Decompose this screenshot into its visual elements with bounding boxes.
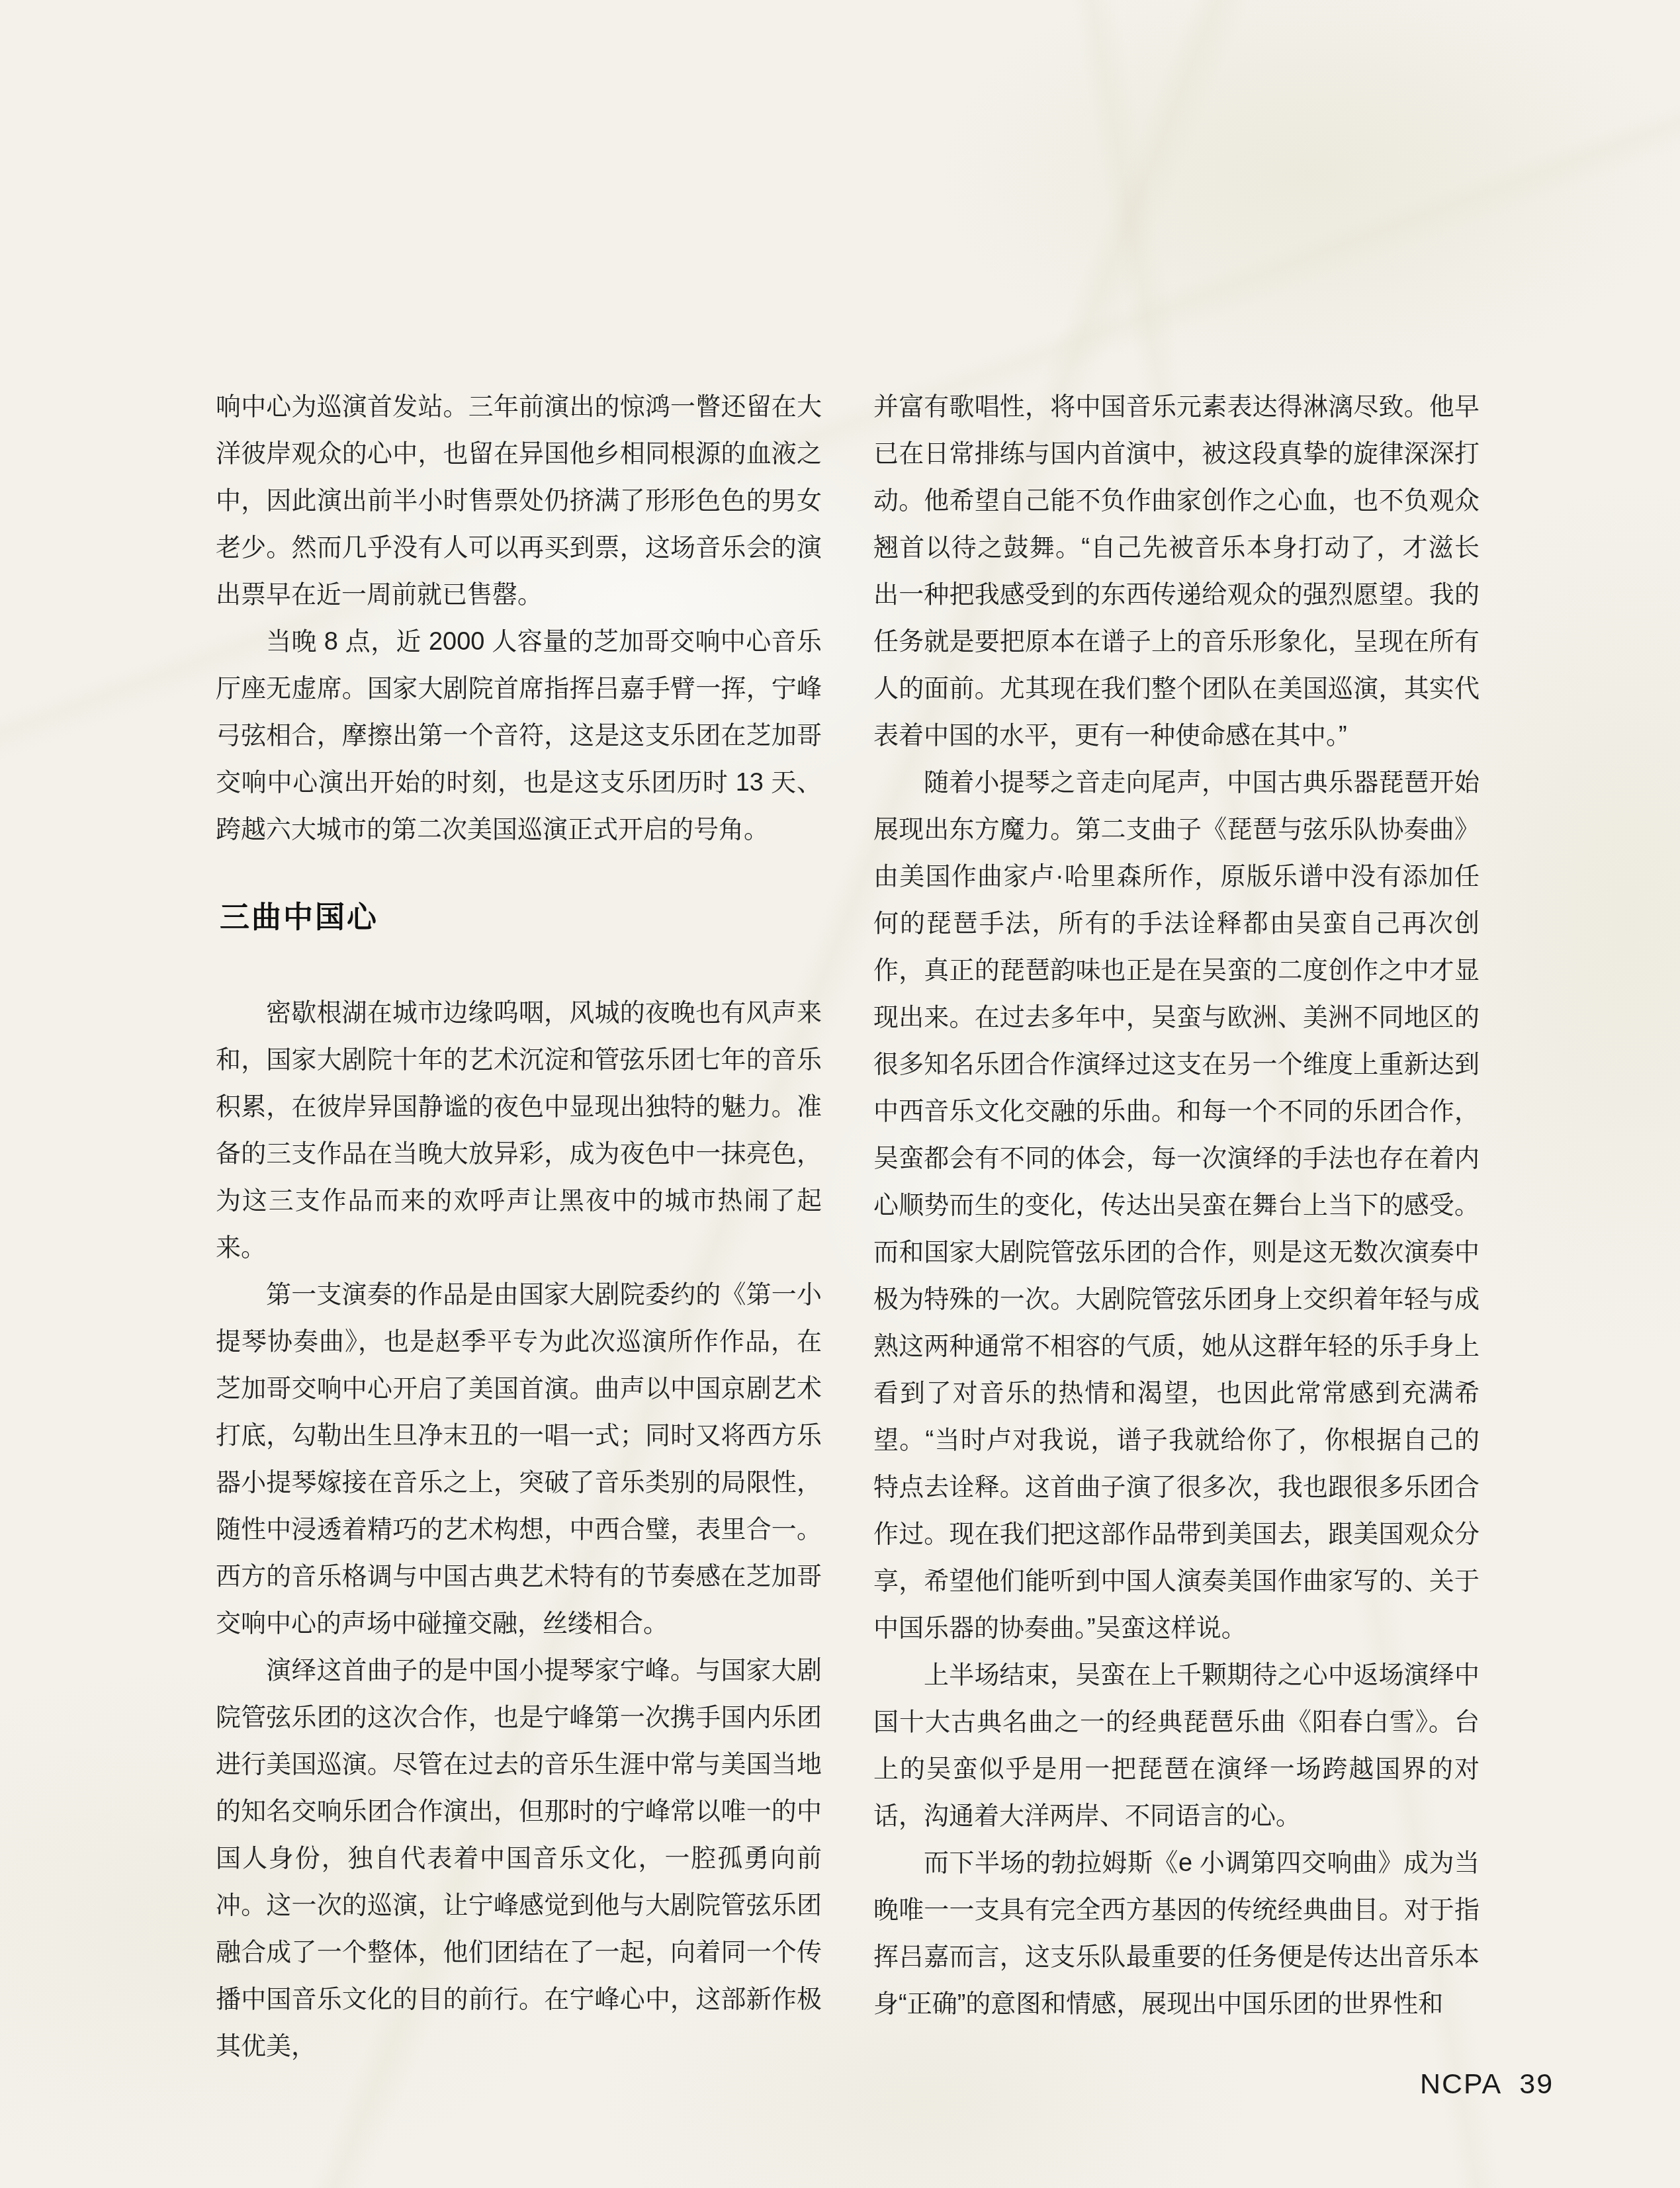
paragraph: 上半场结束，吴蛮在上千颗期待之心中返场演绎中国十大古典名曲之一的经典琵琶乐曲《阳… bbox=[873, 1652, 1480, 1840]
magazine-page: 响中心为巡演首发站。三年前演出的惊鸿一瞥还留在大洋彼岸观众的心中，也留在异国他乡… bbox=[0, 0, 1680, 2188]
paragraph-continuation: 并富有歌唱性，将中国音乐元素表达得淋漓尽致。他早已在日常排练与国内首演中，被这段… bbox=[873, 384, 1480, 760]
paragraph-continuation: 响中心为巡演首发站。三年前演出的惊鸿一瞥还留在大洋彼岸观众的心中，也留在异国他乡… bbox=[216, 384, 822, 619]
paragraph: 演绎这首曲子的是中国小提琴家宁峰。与国家大剧院管弦乐团的这次合作，也是宁峰第一次… bbox=[216, 1647, 822, 2070]
right-text-column: 并富有歌唱性，将中国音乐元素表达得淋漓尽致。他早已在日常排练与国内首演中，被这段… bbox=[873, 384, 1480, 2028]
paragraph: 当晚 8 点，近 2000 人容量的芝加哥交响中心音乐厅座无虚席。国家大剧院首席… bbox=[216, 619, 822, 853]
paragraph: 第一支演奏的作品是由国家大剧院委约的《第一小提琴协奏曲》，也是赵季平专为此次巡演… bbox=[216, 1272, 822, 1647]
paragraph: 随着小提琴之音走向尾声，中国古典乐器琵琶开始展现出东方魔力。第二支曲子《琵琶与弦… bbox=[873, 760, 1480, 1652]
footer-brand: NCPA bbox=[1420, 2068, 1502, 2101]
paragraph: 密歇根湖在城市边缘呜咽，风城的夜晚也有风声来和，国家大剧院十年的艺术沉淀和管弦乐… bbox=[216, 990, 822, 1272]
left-text-column: 响中心为巡演首发站。三年前演出的惊鸿一瞥还留在大洋彼岸观众的心中，也留在异国他乡… bbox=[216, 384, 822, 2070]
footer-page-number: 39 bbox=[1519, 2068, 1554, 2101]
page-footer: NCPA 39 bbox=[1420, 2068, 1554, 2101]
paragraph: 而下半场的勃拉姆斯《e 小调第四交响曲》成为当晚唯一一支具有完全西方基因的传统经… bbox=[873, 1840, 1480, 2028]
section-heading: 三曲中国心 bbox=[220, 901, 822, 934]
